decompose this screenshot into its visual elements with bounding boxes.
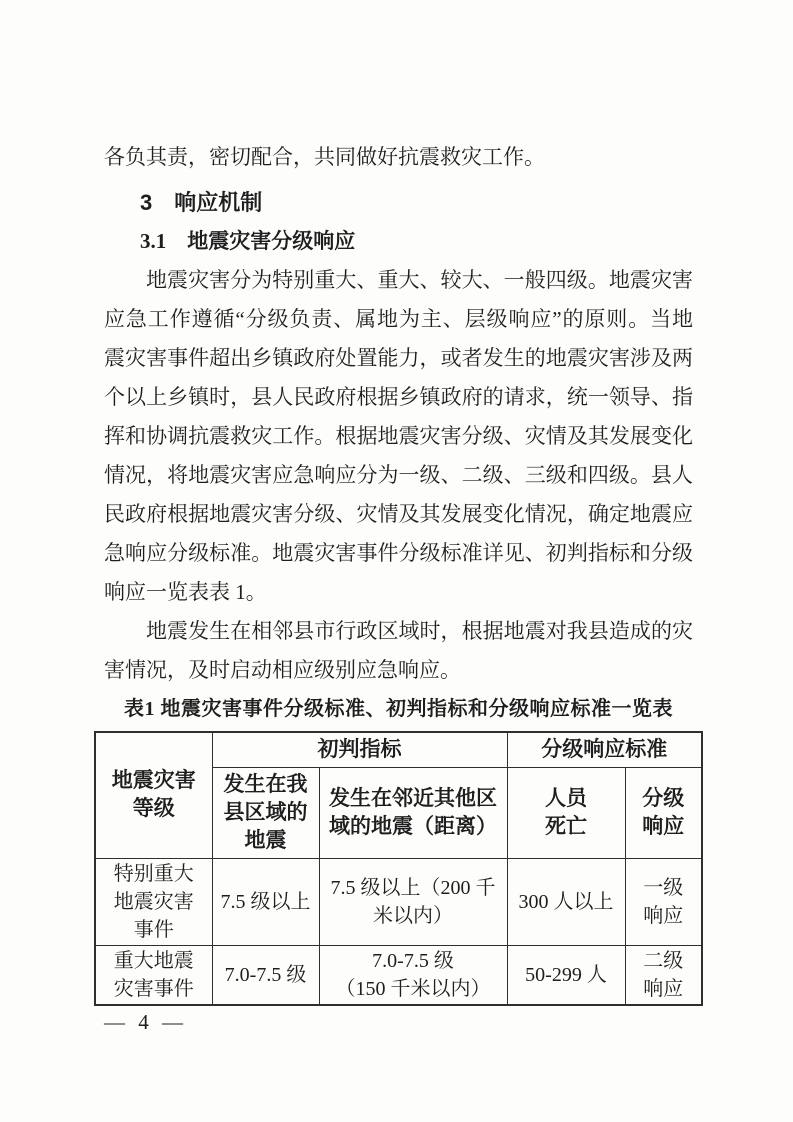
cell-nearby: 7.5 级以上（200 千 米以内） bbox=[319, 858, 507, 945]
header-cell-initial-indicators: 初判指标 bbox=[212, 732, 507, 767]
body-line: 害情况，及时启动相应级别应急响应。 bbox=[104, 651, 693, 690]
cell-deaths: 50-299 人 bbox=[507, 945, 625, 1005]
table-row: 重大地震 灾害事件 7.0-7.5 级 7.0-7.5 级 （150 千米以内）… bbox=[95, 945, 702, 1005]
body-line: 响应一览表表 1。 bbox=[104, 573, 693, 612]
document-page: 各负其责，密切配合，共同做好抗震救灾工作。 3 响应机制 3.1 地震灾害分级响… bbox=[0, 0, 793, 1122]
cell-nearby: 7.0-7.5 级 （150 千米以内） bbox=[319, 945, 507, 1005]
cell-level: 重大地震 灾害事件 bbox=[95, 945, 212, 1005]
body-line: 应急工作遵循“分级负责、属地为主、层级响应”的原则。当地 bbox=[104, 300, 693, 339]
header-cell-response-standard: 分级响应标准 bbox=[507, 732, 702, 767]
body-line: 震灾害事件超出乡镇政府处置能力，或者发生的地震灾害涉及两 bbox=[104, 339, 693, 378]
table-header-row-groups: 地震灾害 等级 初判指标 分级响应标准 bbox=[95, 732, 702, 767]
paragraph-2: 地震发生在相邻县市行政区域时，根据地震对我县造成的灾 害情况，及时启动相应级别应… bbox=[104, 612, 693, 690]
body-line: 地震发生在相邻县市行政区域时，根据地震对我县造成的灾 bbox=[104, 612, 693, 651]
cell-level: 特别重大 地震灾害 事件 bbox=[95, 858, 212, 945]
cell-in-county: 7.5 级以上 bbox=[212, 858, 319, 945]
paragraph-1: 地震灾害分为特别重大、重大、较大、一般四级。地震灾害 应急工作遵循“分级负责、属… bbox=[104, 261, 693, 612]
body-line: 急响应分级标准。地震灾害事件分级标准详见、初判指标和分级 bbox=[104, 534, 693, 573]
grading-standards-table: 地震灾害 等级 初判指标 分级响应标准 发生在我 县区域的 地震 发生在邻近其他… bbox=[94, 731, 703, 1006]
document-body: 各负其责，密切配合，共同做好抗震救灾工作。 3 响应机制 3.1 地震灾害分级响… bbox=[104, 138, 693, 1006]
heading-section-3: 3 响应机制 bbox=[104, 183, 693, 222]
cell-deaths: 300 人以上 bbox=[507, 858, 625, 945]
header-cell-in-county-quake: 发生在我 县区域的 地震 bbox=[212, 767, 319, 858]
cell-response: 一级 响应 bbox=[625, 858, 702, 945]
header-cell-deaths: 人员 死亡 bbox=[507, 767, 625, 858]
header-cell-nearby-quake: 发生在邻近其他区 域的地震（距离） bbox=[319, 767, 507, 858]
cell-response: 二级 响应 bbox=[625, 945, 702, 1005]
body-line: 个以上乡镇时，县人民政府根据乡镇政府的请求，统一领导、指 bbox=[104, 378, 693, 417]
body-line: 地震灾害分为特别重大、重大、较大、一般四级。地震灾害 bbox=[104, 261, 693, 300]
header-cell-response-level: 分级 响应 bbox=[625, 767, 702, 858]
cell-in-county: 7.0-7.5 级 bbox=[212, 945, 319, 1005]
table-caption: 表1 地震灾害事件分级标准、初判指标和分级响应标准一览表 bbox=[104, 690, 693, 729]
table-row: 特别重大 地震灾害 事件 7.5 级以上 7.5 级以上（200 千 米以内） … bbox=[95, 858, 702, 945]
page-number: — 4 — bbox=[104, 1003, 187, 1042]
header-cell-disaster-level: 地震灾害 等级 bbox=[95, 732, 212, 858]
body-line: 民政府根据地震灾害分级、灾情及其发展变化情况，确定地震应 bbox=[104, 495, 693, 534]
body-line: 挥和协调抗震救灾工作。根据地震灾害分级、灾情及其发展变化 bbox=[104, 417, 693, 456]
body-line: 情况，将地震灾害应急响应分为一级、二级、三级和四级。县人 bbox=[104, 456, 693, 495]
heading-section-3-1: 3.1 地震灾害分级响应 bbox=[104, 222, 693, 261]
body-line: 各负其责，密切配合，共同做好抗震救灾工作。 bbox=[104, 138, 693, 177]
